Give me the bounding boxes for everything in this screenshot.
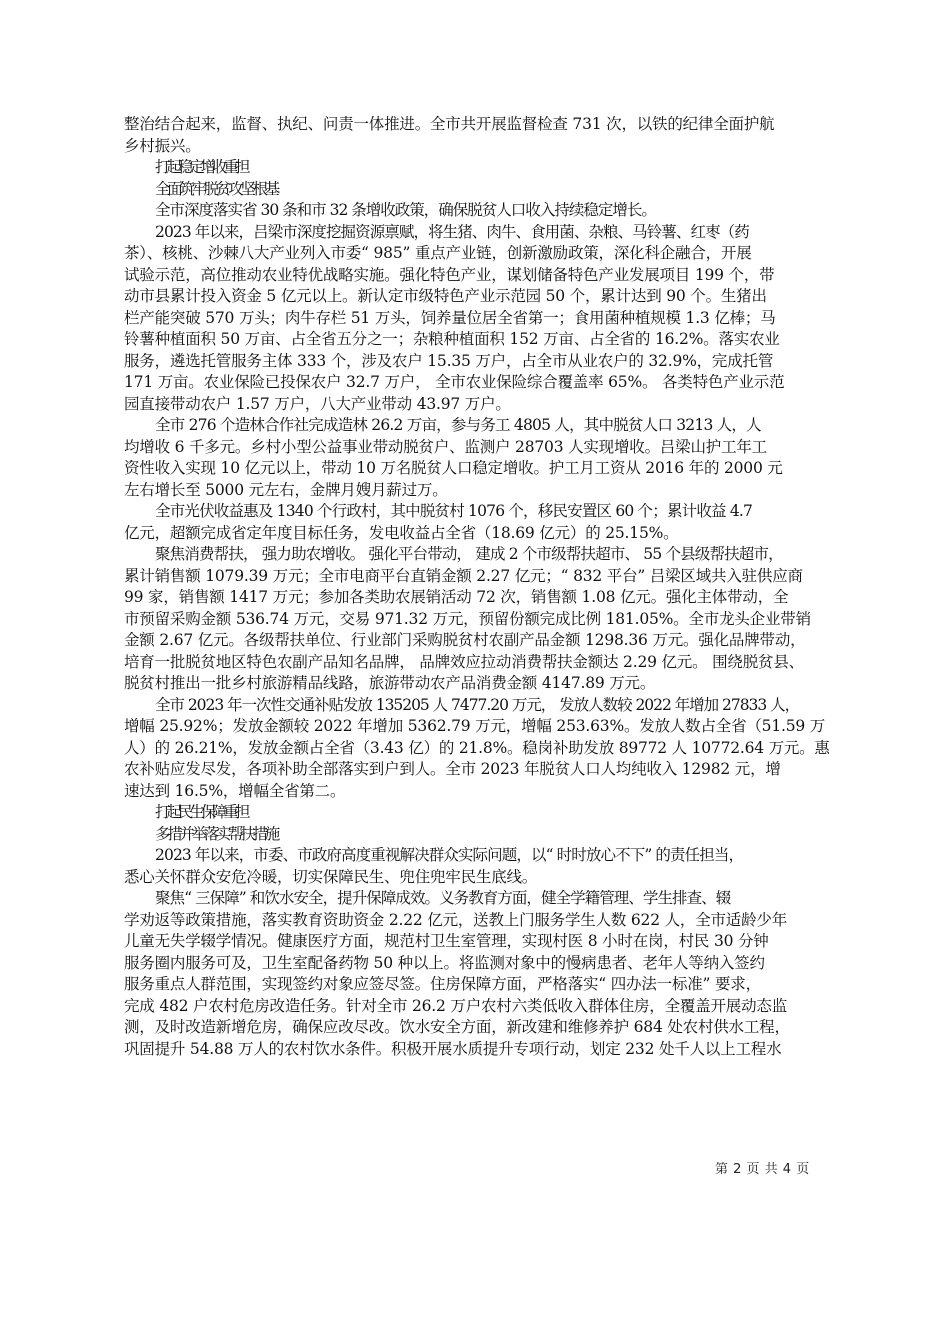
text-line: 培育一批脱贫地区特色农副产品知名品牌， 品牌效应拉动消费帮扶金额达 2.29 亿… (124, 652, 830, 674)
text-line: 2023 年以来，市委、市政府高度重视解决群众实际问题，以“ 时时放心不下” 的… (124, 845, 830, 867)
text-line: 累计销售额 1079.39 万元；全市电商平台直销金额 2.27 亿元；“ 83… (124, 566, 830, 588)
text-line: 试验示范，高位推动农业特优战略实施。强化特色产业，谋划储备特色产业发展项目 19… (124, 265, 830, 287)
text-line: 悉心关怀群众安危冷暖，切实保障民生、兜住兜牢民生底线。 (124, 867, 830, 889)
text-line: 巩固提升 54.88 万人的农村饮水条件。积极开展水质提升专项行动，划定 232… (124, 1039, 830, 1061)
text-line: 动市县累计投入资金 5 亿元以上。新认定市级特色产业示范园 50 个，累计达到 … (124, 286, 830, 308)
text-line: 完成 482 户农村危房改造任务。针对全市 26.2 万户农村六类低收入群体住房… (124, 996, 830, 1018)
text-line: 聚焦消费帮扶， 强力助农增收。 强化平台带动， 建成 2 个市级帮扶超市、 55… (124, 544, 830, 566)
text-line: 全市 276 个造林合作社完成造林 26.2 万亩，参与务工 4805 人，其中… (124, 415, 830, 437)
text-line: 资性收入实现 10 亿元以上，带动 10 万名脱贫人口稳定增收。护工月工资从 2… (124, 458, 830, 480)
text-line: 全市深度落实省 30 条和市 32 条增收政策，确保脱贫人口收入持续稳定增长。 (124, 200, 830, 222)
text-line: 园直接带动农户 1.57 万户，八大产业带动 43.97 万户。 (124, 394, 830, 416)
text-line: 学劝返等政策措施，落实教育资助资金 2.22 亿元，送教上门服务学生人数 622… (124, 910, 830, 932)
text-line: 全市光伏收益惠及 1340 个行政村，其中脱贫村 1076 个，移民安置区 60… (124, 501, 830, 523)
text-line: 增幅 25.92%；发放金额较 2022 年增加 5362.79 万元，增幅 2… (124, 716, 830, 738)
text-line: 整治结合起来，监督、执纪、问责一体推进。全市共开展监督检查 731 次，以铁的纪… (124, 114, 830, 136)
text-line: 171 万亩。农业保险已投保农户 32.7 万户， 全市农业保险综合覆盖率 65… (124, 372, 830, 394)
text-line: 聚焦“ 三保障” 和饮水安全，提升保障成效。义务教育方面，健全学籍管理、学生排查… (124, 888, 830, 910)
text-line: 左右增长至 5000 元左右，金牌月嫂月薪过万。 (124, 480, 830, 502)
text-line: 测，及时改造新增危房，确保应改尽改。饮水安全方面，新改建和维修养护 684 处农… (124, 1017, 830, 1039)
text-line: 农补贴应发尽发，各项补助全部落实到户到人。全市 2023 年脱贫人口人均纯收入 … (124, 759, 830, 781)
text-line: 速达到 16.5%，增幅全省第二。 (124, 781, 830, 803)
text-line: 市预留采购金额 536.74 万元，交易 971.32 万元，预留份额完成比例 … (124, 609, 830, 631)
text-line: 服务圈内服务可及，卫生室配备药物 50 种以上。将监测对象中的慢病患者、老年人等… (124, 953, 830, 975)
text-line: 金额 2.67 亿元。各级帮扶单位、行业部门采购脱贫村农副产品金额 1298.3… (124, 630, 830, 652)
text-line: 铃薯种植面积 50 万亩、占全省五分之一；杂粮种植面积 152 万亩、占全省的 … (124, 329, 830, 351)
text-line: 亿元，超额完成省定年度目标任务，发电收益占全省（18.69 亿元）的 25.15… (124, 523, 830, 545)
text-line: 服务，遴选托管服务主体 333 个，涉及农户 15.35 万户，占全市从业农户的… (124, 351, 830, 373)
text-line: 多措并举落实帮扶措施 (124, 824, 830, 846)
text-line: 打起稳定增收重担 (124, 157, 830, 179)
document-body: 整治结合起来，监督、执纪、问责一体推进。全市共开展监督检查 731 次，以铁的纪… (124, 114, 830, 1060)
text-line: 儿童无失学辍学情况。健康医疗方面，规范村卫生室管理，实现村医 8 小时在岗，村民… (124, 931, 830, 953)
text-line: 人）的 26.21%，发放金额占全省（3.43 亿）的 21.8%。稳岗补助发放… (124, 738, 830, 760)
text-line: 栏产能突破 570 万头；肉牛存栏 51 万头，饲养量位居全省第一；食用菌种植规… (124, 308, 830, 330)
text-line: 2023 年以来，吕梁市深度挖掘资源禀赋，将生猪、肉牛、食用菌、杂粮、马铃薯、红… (124, 222, 830, 244)
text-line: 全面筑牢脱贫攻坚根基 (124, 179, 830, 201)
text-line: 均增收 6 千多元。乡村小型公益事业带动脱贫户、监测户 28703 人实现增收。… (124, 437, 830, 459)
text-line: 服务重点人群范围，实现签约对象应签尽签。住房保障方面，严格落实“ 四办法一标准”… (124, 974, 830, 996)
text-line: 茶）、核桃、沙棘八大产业列入市委“ 985” 重点产业链，创新激励政策，深化科企… (124, 243, 830, 265)
text-line: 全市 2023 年一次性交通补贴发放 135205 人 7477.20 万元， … (124, 695, 830, 717)
text-line: 打起民生保障重担 (124, 802, 830, 824)
text-line: 99 家，销售额 1417 万元；参加各类助农展销活动 72 次，销售额 1.0… (124, 587, 830, 609)
text-line: 脱贫村推出一批乡村旅游精品线路，旅游带动农产品消费金额 4147.89 万元。 (124, 673, 830, 695)
text-line: 乡村振兴。 (124, 136, 830, 158)
page-number-footer: 第 2 页 共 4 页 (715, 1158, 810, 1177)
